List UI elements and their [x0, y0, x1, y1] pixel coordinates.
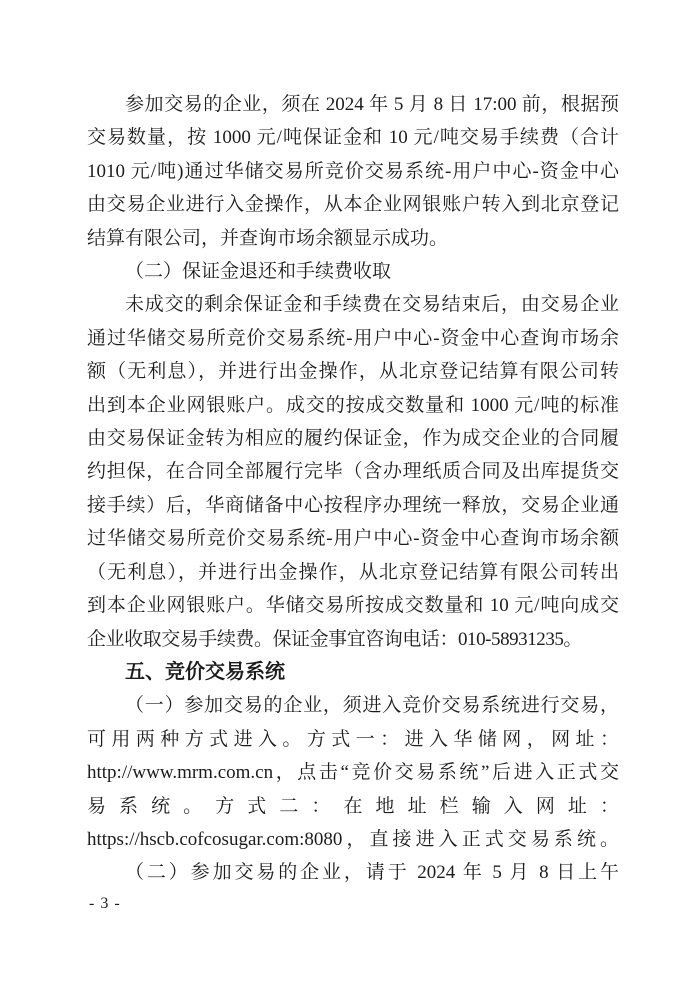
document-body: 参加交易的企业，须在 2024 年 5 月 8 日 17:00 前，根据预 交易…: [87, 88, 619, 890]
page-number: - 3 -: [89, 893, 121, 915]
text-line: 到本企业网银账户。华储交易所按成交数量和 10 元/吨向成交: [87, 589, 619, 622]
text-line: https://hscb.cofcosugar.com:8080，直接进入正式交…: [87, 823, 619, 856]
section-heading: 五、竞价交易系统: [87, 656, 619, 689]
text-line: 企业收取交易手续费。保证金事宜咨询电话：010-58931235。: [87, 623, 619, 656]
text-line: 出到本企业网银账户。成交的按成交数量和 1000 元/吨的标准: [87, 389, 619, 422]
document-page: 参加交易的企业，须在 2024 年 5 月 8 日 17:00 前，根据预 交易…: [0, 0, 700, 989]
text-line: （二）参加交易的企业，请于 2024 年 5 月 8 日上午: [87, 856, 619, 889]
text-line: 由交易保证金转为相应的履约保证金，作为成交企业的合同履: [87, 422, 619, 455]
text-line: （无利息），并进行出金操作，从北京登记结算有限公司转出: [87, 556, 619, 589]
text-line: 由交易企业进行入金操作，从本企业网银账户转入到北京登记: [87, 188, 619, 221]
text-line: 结算有限公司，并查询市场余额显示成功。: [87, 222, 619, 255]
text-line: 通过华储交易所竞价交易系统-用户中心-资金中心查询市场余: [87, 322, 619, 355]
text-line: 额（无利息），并进行出金操作，从北京登记结算有限公司转: [87, 355, 619, 388]
text-line: 可用两种方式进入。方式一：进入华储网，网址：: [87, 723, 619, 756]
text-line: 接手续）后，华商储备中心按程序办理统一释放，交易企业通: [87, 489, 619, 522]
text-line: 约担保，在合同全部履行完毕（含办理纸质合同及出库提货交: [87, 455, 619, 488]
text-line: （一）参加交易的企业，须进入竞价交易系统进行交易，: [87, 689, 619, 722]
text-line: http://www.mrm.com.cn，点击“竞价交易系统”后进入正式交: [87, 756, 619, 789]
text-line: 未成交的剩余保证金和手续费在交易结束后，由交易企业: [87, 288, 619, 321]
text-line: 1010 元/吨)通过华储交易所竞价交易系统-用户中心-资金中心: [87, 155, 619, 188]
subsection-heading: （二）保证金退还和手续费收取: [87, 255, 619, 288]
text-line: 交易数量，按 1000 元/吨保证金和 10 元/吨交易手续费（合计: [87, 121, 619, 154]
text-line: 参加交易的企业，须在 2024 年 5 月 8 日 17:00 前，根据预: [87, 88, 619, 121]
text-line: 过华储交易所竞价交易系统-用户中心-资金中心查询市场余额: [87, 522, 619, 555]
text-line: 易系统。方式二：在地址栏输入网址：: [87, 790, 619, 823]
